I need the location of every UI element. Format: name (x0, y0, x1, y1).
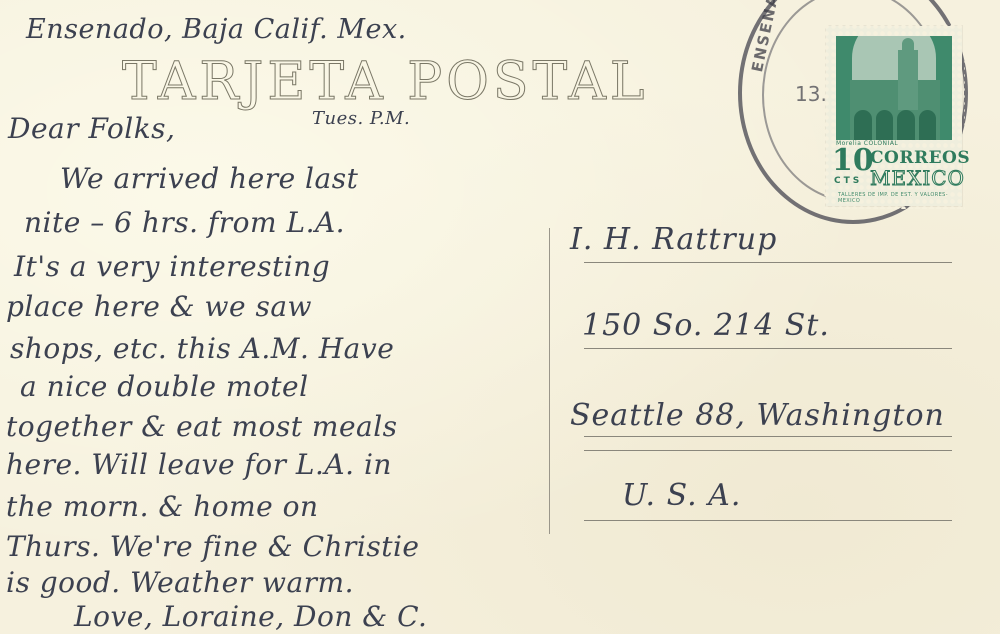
address-rule (584, 262, 952, 263)
message-line: It's a very interesting (14, 250, 330, 283)
message-line: shops, etc. this A.M. Have (10, 332, 394, 365)
message-line: the morn. & home on (6, 490, 319, 523)
stamp-value: 10 (832, 146, 874, 176)
address-name: I. H. Rattrup (570, 222, 777, 257)
message-signature: Love, Loraine, Don & C. (74, 600, 427, 633)
address-rule (584, 520, 952, 521)
message-line: here. Will leave for L.A. in (6, 448, 392, 481)
stamp-printer: TALLERES DE IMP. DE EST. Y VALORES-MEXIC… (838, 192, 962, 204)
address-rule (584, 436, 952, 437)
address-rule (584, 348, 952, 349)
message-line: nite – 6 hrs. from L.A. (24, 206, 345, 239)
message-line: is good. Weather warm. (6, 566, 354, 599)
stamp-tower-shape (898, 50, 918, 110)
message-greeting: Dear Folks, (8, 112, 175, 145)
stamp-service: CORREOS (870, 148, 970, 168)
stamp-unit: CTS (834, 176, 862, 186)
postage-stamp: Morelia COLONIAL 10 CTS CORREOS MEXICO T… (826, 26, 962, 206)
address-country: U. S. A. (622, 478, 741, 513)
message-line: We arrived here last (60, 162, 358, 195)
postcard-back: Ensenado, Baja Calif. Mex. TARJETA POSTA… (0, 0, 1000, 634)
address-city: Seattle 88, Washington (570, 398, 945, 433)
center-divider (549, 228, 550, 534)
postcard-title: TARJETA POSTAL (122, 56, 648, 108)
message-line: together & eat most meals (6, 410, 398, 443)
message-line: Thurs. We're fine & Christie (6, 530, 420, 563)
message-line: place here & we saw (6, 290, 312, 323)
message-line: a nice double motel (20, 370, 309, 403)
stamp-arcades-shape (850, 110, 940, 140)
stamp-country: MEXICO (870, 166, 965, 190)
location-header: Ensenado, Baja Calif. Mex. (26, 14, 407, 45)
time-note: Tues. P.M. (312, 108, 410, 129)
address-street: 150 So. 214 St. (582, 308, 830, 343)
stamp-illustration (836, 36, 952, 140)
address-rule (584, 450, 952, 451)
